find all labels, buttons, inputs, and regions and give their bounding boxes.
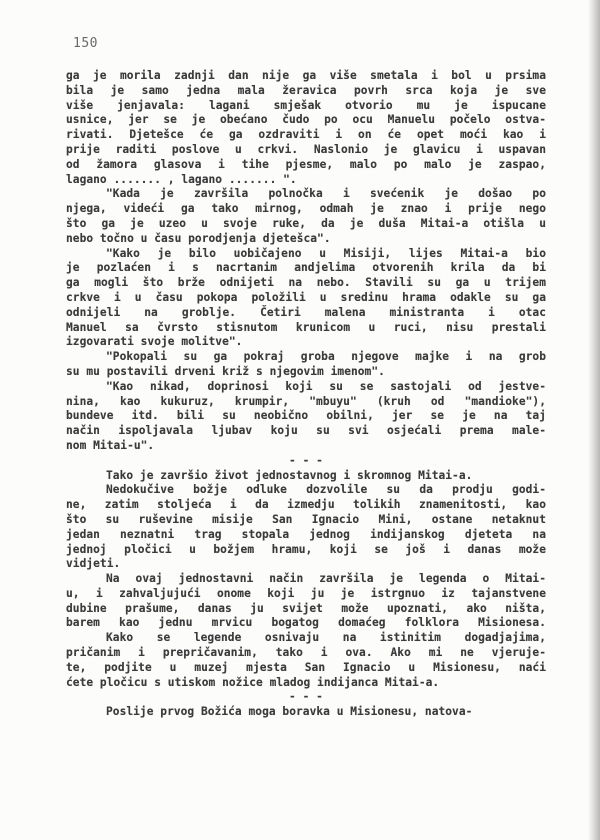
scanned-page: 150 ga je morila zadnji dan nije ga više… bbox=[0, 0, 600, 840]
paragraph: "Kada je završila polnočka i svećenik je… bbox=[66, 187, 546, 246]
text-line: nom Mitai-u". bbox=[66, 439, 546, 454]
text-line: ćete pločicu s utiskom nožice mladog ind… bbox=[66, 676, 546, 691]
text-line: način ispoljavala ljubav koju su svi osj… bbox=[66, 424, 546, 439]
text-line: jednoj pločici u božjem hramu, koji se j… bbox=[66, 543, 546, 558]
text-line: njega, videći ga tako mirnog, odmah je z… bbox=[66, 202, 546, 217]
body-text: ga je morila zadnji dan nije ga više sme… bbox=[66, 69, 546, 720]
text-line: je pozlaćen i s nacrtanim andjelima otvo… bbox=[66, 261, 546, 276]
text-line: Manuel sa čvrsto stisnutom krunicom u ru… bbox=[66, 321, 546, 336]
text-line: što su ruševine misije San Ignacio Mini,… bbox=[66, 513, 546, 528]
paragraph: "Kao nikad, doprinosi koji su se sastoja… bbox=[66, 380, 546, 454]
text-line: izgovarati svoje molitve". bbox=[66, 335, 546, 350]
text-line: Nedokučive božje odluke dozvolile su da … bbox=[66, 483, 546, 498]
text-line: Tako je završio život jednostavnog i skr… bbox=[66, 469, 546, 484]
page-number: 150 bbox=[73, 36, 98, 51]
text-line: od žamora glasova i tihe pjesme, malo po… bbox=[66, 158, 546, 173]
text-line: nina, kao kukuruz, krumpir, "mbuyu" (kru… bbox=[66, 395, 546, 410]
text-line: "Kada je završila polnočka i svećenik je… bbox=[66, 187, 546, 202]
paragraph: Tako je završio život jednostavnog i skr… bbox=[66, 469, 546, 573]
section-separator: - - - bbox=[66, 690, 546, 705]
section-separator: - - - bbox=[66, 454, 546, 469]
paragraph: Na ovaj jednostavni način završila je le… bbox=[66, 572, 546, 690]
text-line: ne, zatim stoljeća i da izmedju tolikih … bbox=[66, 498, 546, 513]
text-line: crkve i u času pokopa položili u sredinu… bbox=[66, 291, 546, 306]
text-line: lagano ....... , lagano ....... ". bbox=[66, 173, 546, 188]
text-line: jedan neznatni trag stopala jednog indij… bbox=[66, 528, 546, 543]
paragraph: ga je morila zadnji dan nije ga više sme… bbox=[66, 69, 546, 187]
text-line: Na ovaj jednostavni način završila je le… bbox=[66, 572, 546, 587]
text-line: ga mogli što brže odnijeti na nebo. Stav… bbox=[66, 276, 546, 291]
text-line: usnice, jer se je obećano čudo po ocu Ma… bbox=[66, 113, 546, 128]
text-line: odnijeli na groblje. Četiri malena minis… bbox=[66, 306, 546, 321]
text-line: su mu postavili drveni križ s njegovim i… bbox=[66, 365, 546, 380]
text-line: te, podjite u muzej mjesta San Ignacio u… bbox=[66, 661, 546, 676]
text-line: Kako se legende osnivaju na istinitim do… bbox=[66, 631, 546, 646]
text-line: barem kao jednu mrvicu bogatog domaćeg f… bbox=[66, 616, 546, 631]
text-line: nebo točno u času porodjenja djetešca". bbox=[66, 232, 546, 247]
text-line: više jenjavala: lagani smješak otvorio m… bbox=[66, 99, 546, 114]
paragraph: "Kako je bilo uobičajeno u Misiji, lijes… bbox=[66, 247, 546, 351]
paragraph: Poslije prvog Božića moga boravka u Misi… bbox=[66, 705, 546, 720]
text-line: "Pokopali su ga pokraj groba njegove maj… bbox=[66, 350, 546, 365]
text-line: "Kao nikad, doprinosi koji su se sastoja… bbox=[66, 380, 546, 395]
text-line: pričanim i prepričavanim, tako i ova. Ak… bbox=[66, 646, 546, 661]
text-line: ga je morila zadnji dan nije ga više sme… bbox=[66, 69, 546, 84]
text-line: rivati. Djetešce će ga ozdraviti i on će… bbox=[66, 128, 546, 143]
text-line: u, i zahvaljujući onome koji ju je istrg… bbox=[66, 587, 546, 602]
paragraph: "Pokopali su ga pokraj groba njegove maj… bbox=[66, 350, 546, 380]
text-line: što ga je uzeo u svoje ruke, da je duša … bbox=[66, 217, 546, 232]
text-line: bundeve itd. bili su neobično obilni, je… bbox=[66, 409, 546, 424]
text-line: bila je samo jedna mala žeravica povrh s… bbox=[66, 84, 546, 99]
text-line: "Kako je bilo uobičajeno u Misiji, lijes… bbox=[66, 247, 546, 262]
text-line: Poslije prvog Božića moga boravka u Misi… bbox=[66, 705, 546, 720]
text-line: dubine prašume, danas ju svijet može upo… bbox=[66, 602, 546, 617]
page-edge-shadow bbox=[588, 0, 600, 840]
text-line: prije raditi poslove u crkvi. Naslonio j… bbox=[66, 143, 546, 158]
text-line: vidjeti. bbox=[66, 557, 546, 572]
